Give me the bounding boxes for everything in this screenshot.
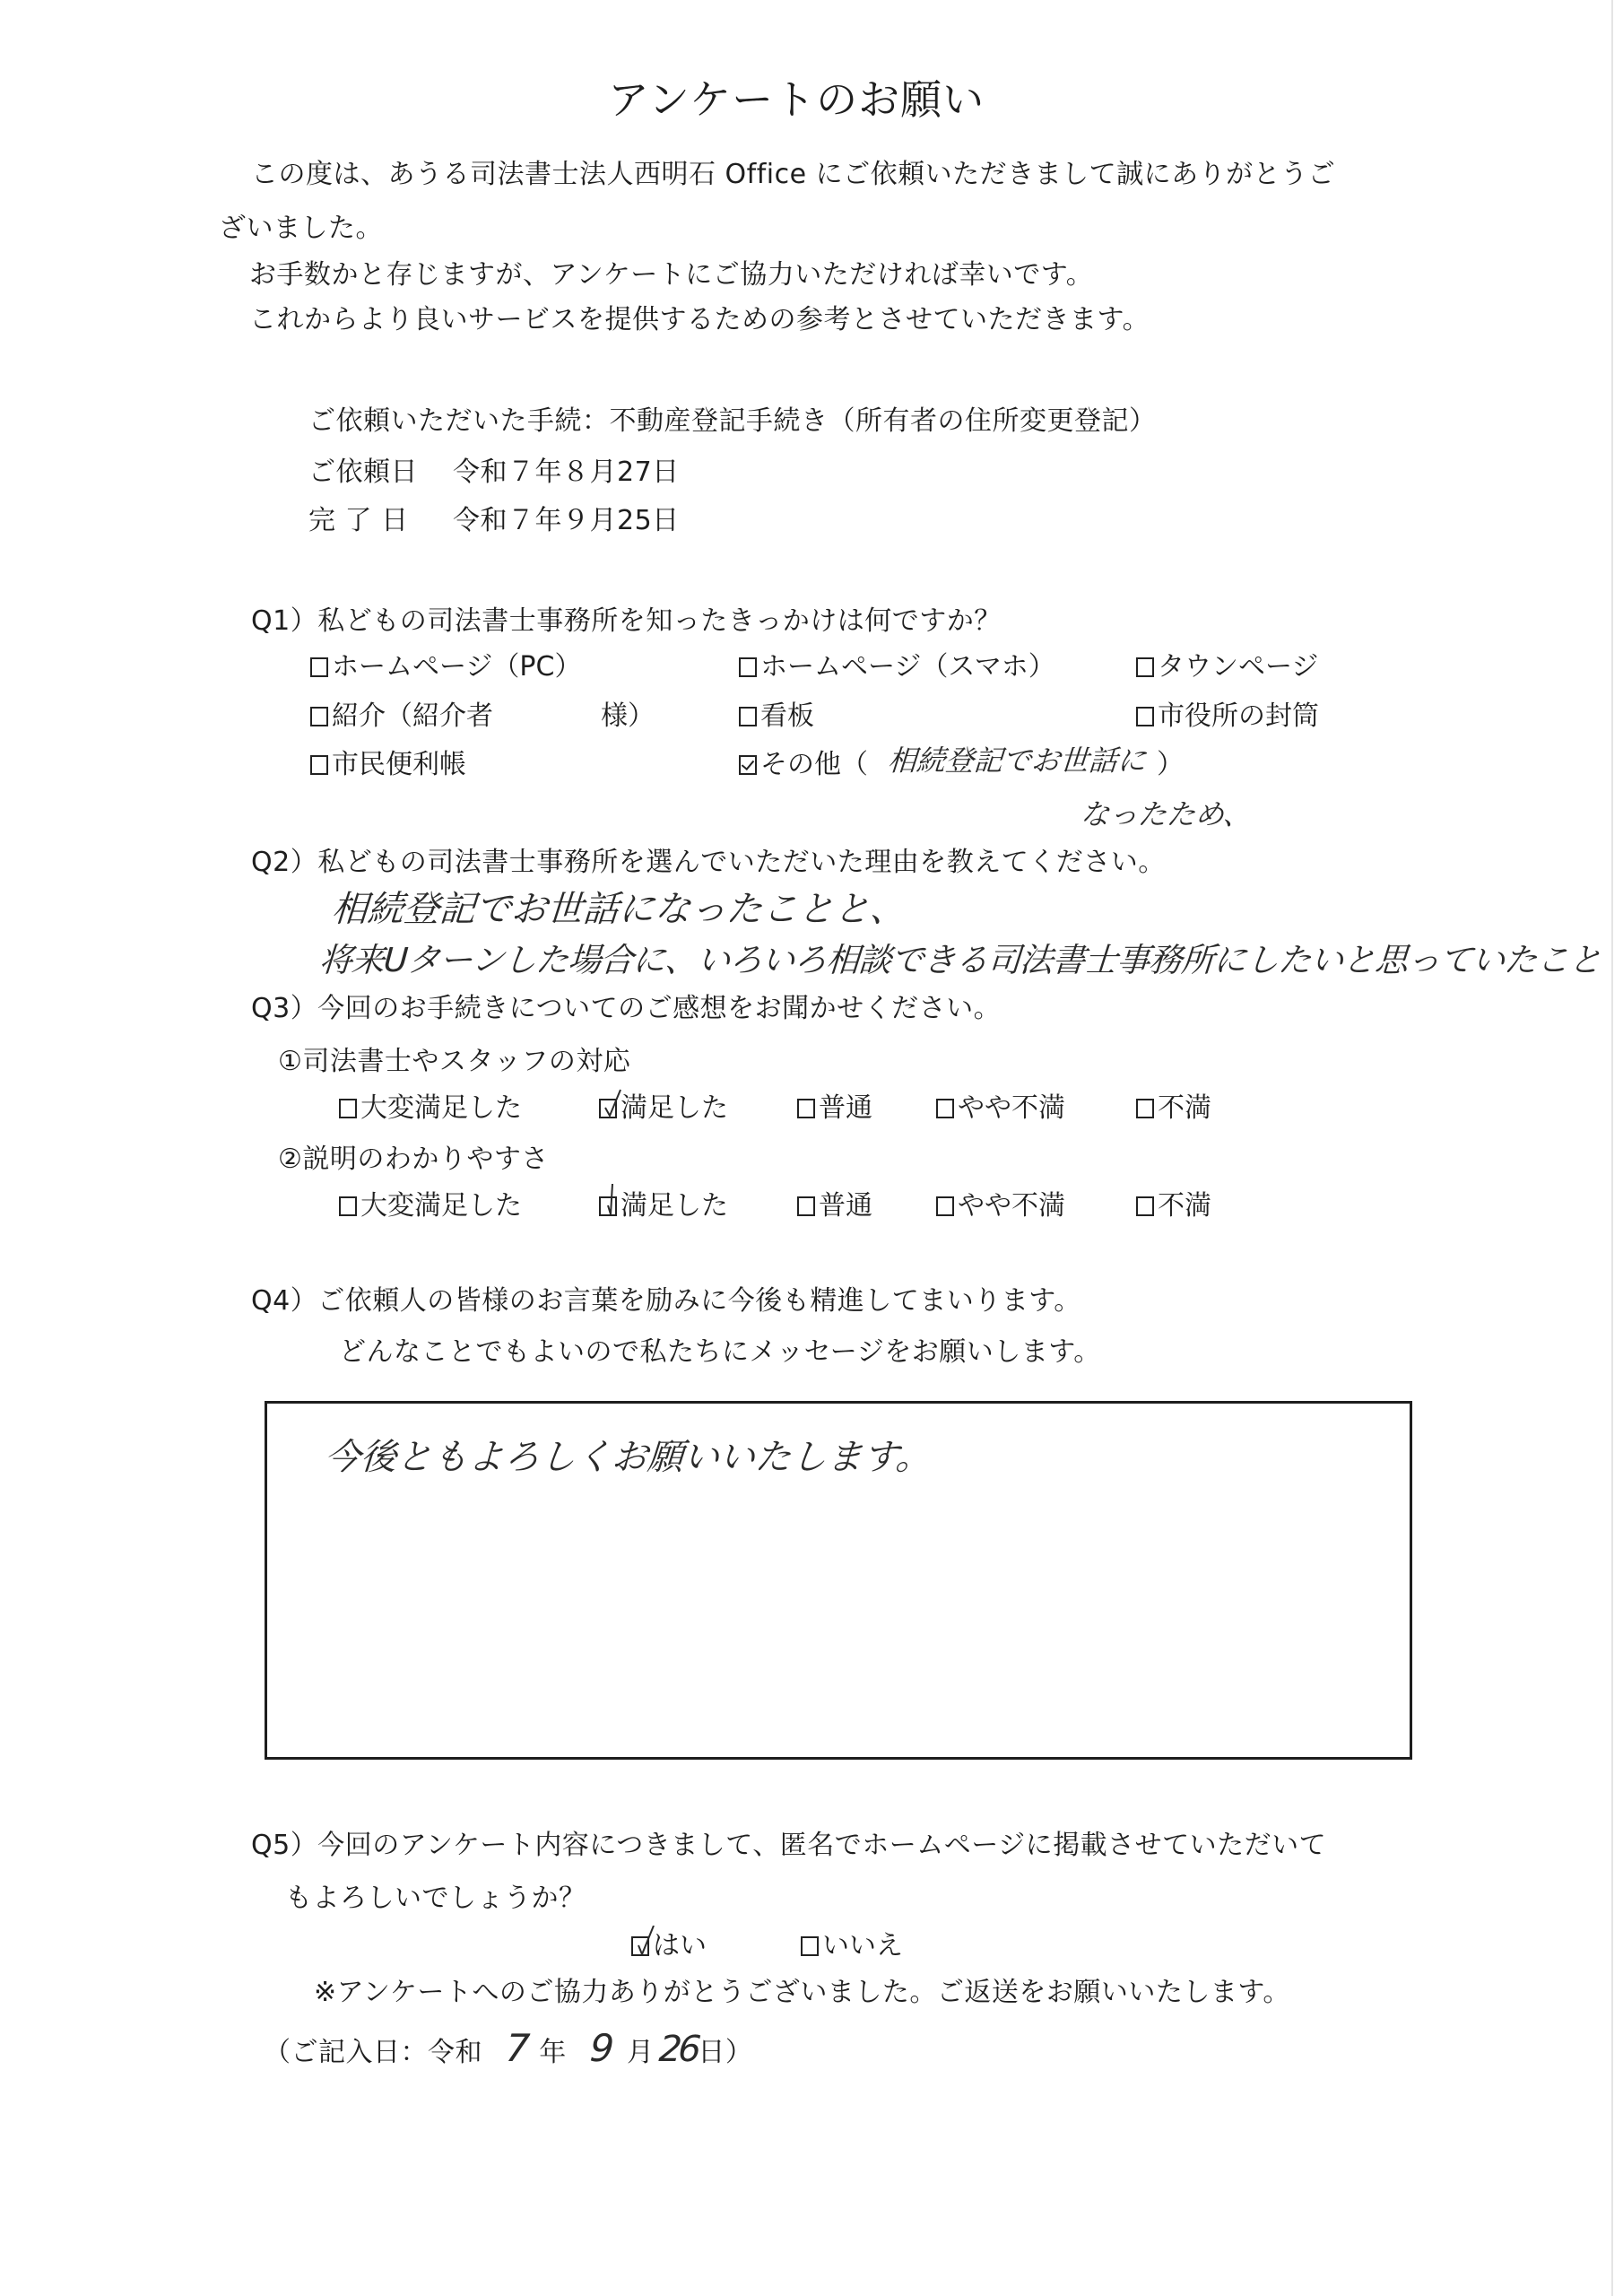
q3-sub1-option-satisfied[interactable]: 満足した [599,1095,728,1122]
option-label: 満足した [621,1193,728,1220]
option-label: やや不満 [958,1193,1065,1220]
q1-option-homepage-smartphone[interactable]: ホームページ（スマホ） [739,654,1055,681]
handwritten-month: 9 [588,2030,615,2067]
procedure-line: ご依頼いただいた手続：不動産登記手続き（所有者の住所変更登記） [308,408,1157,435]
q1-option-referral[interactable]: 紹介（紹介者 様） [310,703,655,730]
checkbox-icon[interactable] [797,1196,815,1216]
checkbox-icon[interactable] [1136,1196,1154,1216]
intro-line-1: この度は、あうる司法書士法人西明石 Office にご依頼いただきまして誠にあり… [251,161,1335,188]
checkbox-icon[interactable] [797,1099,815,1118]
handwritten-check-icon [603,1088,622,1118]
q3-sub2-label: ②説明のわかりやすさ [278,1146,549,1173]
q3-sub1-option-neutral[interactable]: 普通 [797,1095,872,1122]
checkbox-icon[interactable] [339,1196,357,1216]
q2-handwritten-answer-line-1: 相続登記でお世話になったことと、 [331,891,907,927]
intro-line-3: お手数かと存じますが、アンケートにご協力いただければ幸いです。 [249,262,1093,289]
q3-sub2-option-satisfied[interactable]: 満足した [599,1193,728,1220]
option-label: 看板 [760,703,814,730]
option-label: ホームページ（PC） [332,654,581,681]
q1-option-city-envelope[interactable]: 市役所の封筒 [1136,703,1319,730]
scan-edge-line [1611,0,1613,2296]
option-label: ホームページ（スマホ） [760,654,1055,681]
filled-date: （ご記入日：令和 7 年 9 月 26 日） [264,2030,752,2067]
q3-sub2-option-very-satisfied[interactable]: 大変満足した [339,1193,522,1220]
checked-checkbox-icon[interactable] [739,755,757,775]
handwritten-day: 26 [658,2031,699,2067]
checkbox-icon[interactable] [339,1099,357,1118]
checked-checkbox-icon[interactable] [599,1099,617,1118]
request-date-value: 令和７年８月27日 [453,459,680,486]
q4-question-line-1: Q4）ご依頼人の皆様のお言葉を励みに今後も精進してまいります。 [251,1288,1081,1315]
q5-question-line-2: もよろしいでしょうか？ [285,1885,586,1912]
checkbox-icon[interactable] [1136,707,1154,726]
option-label: 市役所の封筒 [1158,703,1319,730]
q5-option-yes[interactable]: はい [631,1933,707,1960]
handwritten-message: 今後ともよろしくお願いいたします。 [324,1439,933,1475]
q1-other-close-paren: ） [1157,752,1184,778]
completion-date-value: 令和７年９月25日 [453,508,680,535]
checkbox-icon[interactable] [310,755,328,775]
checkbox-icon[interactable] [310,657,328,677]
handwritten-year: 7 [505,2030,532,2067]
q1-other-handwritten-continuation: なったため、 [1080,800,1253,829]
option-label: 大変満足した [360,1095,522,1122]
q3-sub1-label: ①司法書士やスタッフの対応 [278,1048,630,1075]
option-label: 普通 [819,1095,872,1122]
checkbox-icon[interactable] [936,1099,954,1118]
handwritten-check-icon [603,1184,622,1214]
option-label: 市民便利帳 [332,752,466,778]
q1-other-handwritten-answer: 相続登記でお世話に [887,746,1147,775]
q3-sub2-option-dissatisfied[interactable]: 不満 [1136,1193,1211,1220]
q2-question: Q2）私どもの司法書士事務所を選んでいただいた理由を教えてください。 [251,849,1166,876]
checkbox-icon[interactable] [1136,657,1154,677]
completion-date-label: 完 了 日 [308,508,409,535]
handwritten-check-icon [635,1926,655,1956]
option-label: その他（ [760,752,868,778]
request-date-label: ご依頼日 [308,459,418,486]
page-title: アンケートのお願い [0,79,1593,120]
checkbox-icon[interactable] [739,657,757,677]
option-label: はい [653,1933,707,1960]
intro-line-2: ざいました。 [219,215,383,242]
option-label: 満足した [621,1095,728,1122]
q3-sub2-option-neutral[interactable]: 普通 [797,1193,872,1220]
checkbox-icon[interactable] [1136,1099,1154,1118]
q3-sub2-option-somewhat-dissatisfied[interactable]: やや不満 [936,1193,1065,1220]
checkbox-icon[interactable] [310,707,328,726]
option-label: やや不満 [958,1095,1065,1122]
day-unit: 日） [698,2039,752,2066]
checked-checkbox-icon[interactable] [631,1936,649,1956]
option-label: 大変満足した [360,1193,522,1220]
date-prefix: （ご記入日：令和 [264,2039,482,2066]
q1-option-other[interactable]: その他（ [739,752,868,778]
q1-option-citizen-handbook[interactable]: 市民便利帳 [310,752,466,778]
year-unit: 年 [539,2039,567,2066]
q1-question: Q1）私どもの司法書士事務所を知ったきっかけは何ですか？ [251,608,1002,635]
checkbox-icon[interactable] [936,1196,954,1216]
intro-line-4: これからより良いサービスを提供するための参考とさせていただきます。 [249,307,1150,334]
checkbox-icon[interactable] [739,707,757,726]
option-label: 普通 [819,1193,872,1220]
thanks-note: ※アンケートへのご協力ありがとうございました。ご返送をお願いいたします。 [314,1979,1290,2006]
q1-option-signboard[interactable]: 看板 [739,703,814,730]
q3-sub1-option-somewhat-dissatisfied[interactable]: やや不満 [936,1095,1065,1122]
option-label: いいえ [822,1933,903,1960]
q1-option-townpage[interactable]: タウンページ [1136,654,1318,681]
checked-checkbox-icon[interactable] [599,1196,617,1216]
q5-question-line-1: Q5）今回のアンケート内容につきまして、匿名でホームページに掲載させていただいて [251,1832,1326,1859]
q1-option-homepage-pc[interactable]: ホームページ（PC） [310,654,581,681]
q5-option-no[interactable]: いいえ [801,1933,903,1960]
checkbox-icon[interactable] [801,1936,819,1956]
q4-question-line-2: どんなことでもよいので私たちにメッセージをお願いします。 [339,1339,1101,1366]
q3-sub1-option-dissatisfied[interactable]: 不満 [1136,1095,1211,1122]
q3-sub1-option-very-satisfied[interactable]: 大変満足した [339,1095,522,1122]
q3-question: Q3）今回のお手続きについてのご感想をお聞かせください。 [251,996,1001,1022]
message-box[interactable]: 今後ともよろしくお願いいたします。 [265,1401,1412,1760]
month-unit: 月 [627,2039,655,2066]
option-label: 紹介（紹介者 様） [332,703,655,730]
option-label: 不満 [1158,1095,1211,1122]
q2-handwritten-answer-line-2: 将来Uターンした場合に、いろいろ相談できる司法書士事務所にしたいと思っていたこと [318,944,1602,977]
option-label: タウンページ [1158,654,1318,681]
option-label: 不満 [1158,1193,1211,1220]
